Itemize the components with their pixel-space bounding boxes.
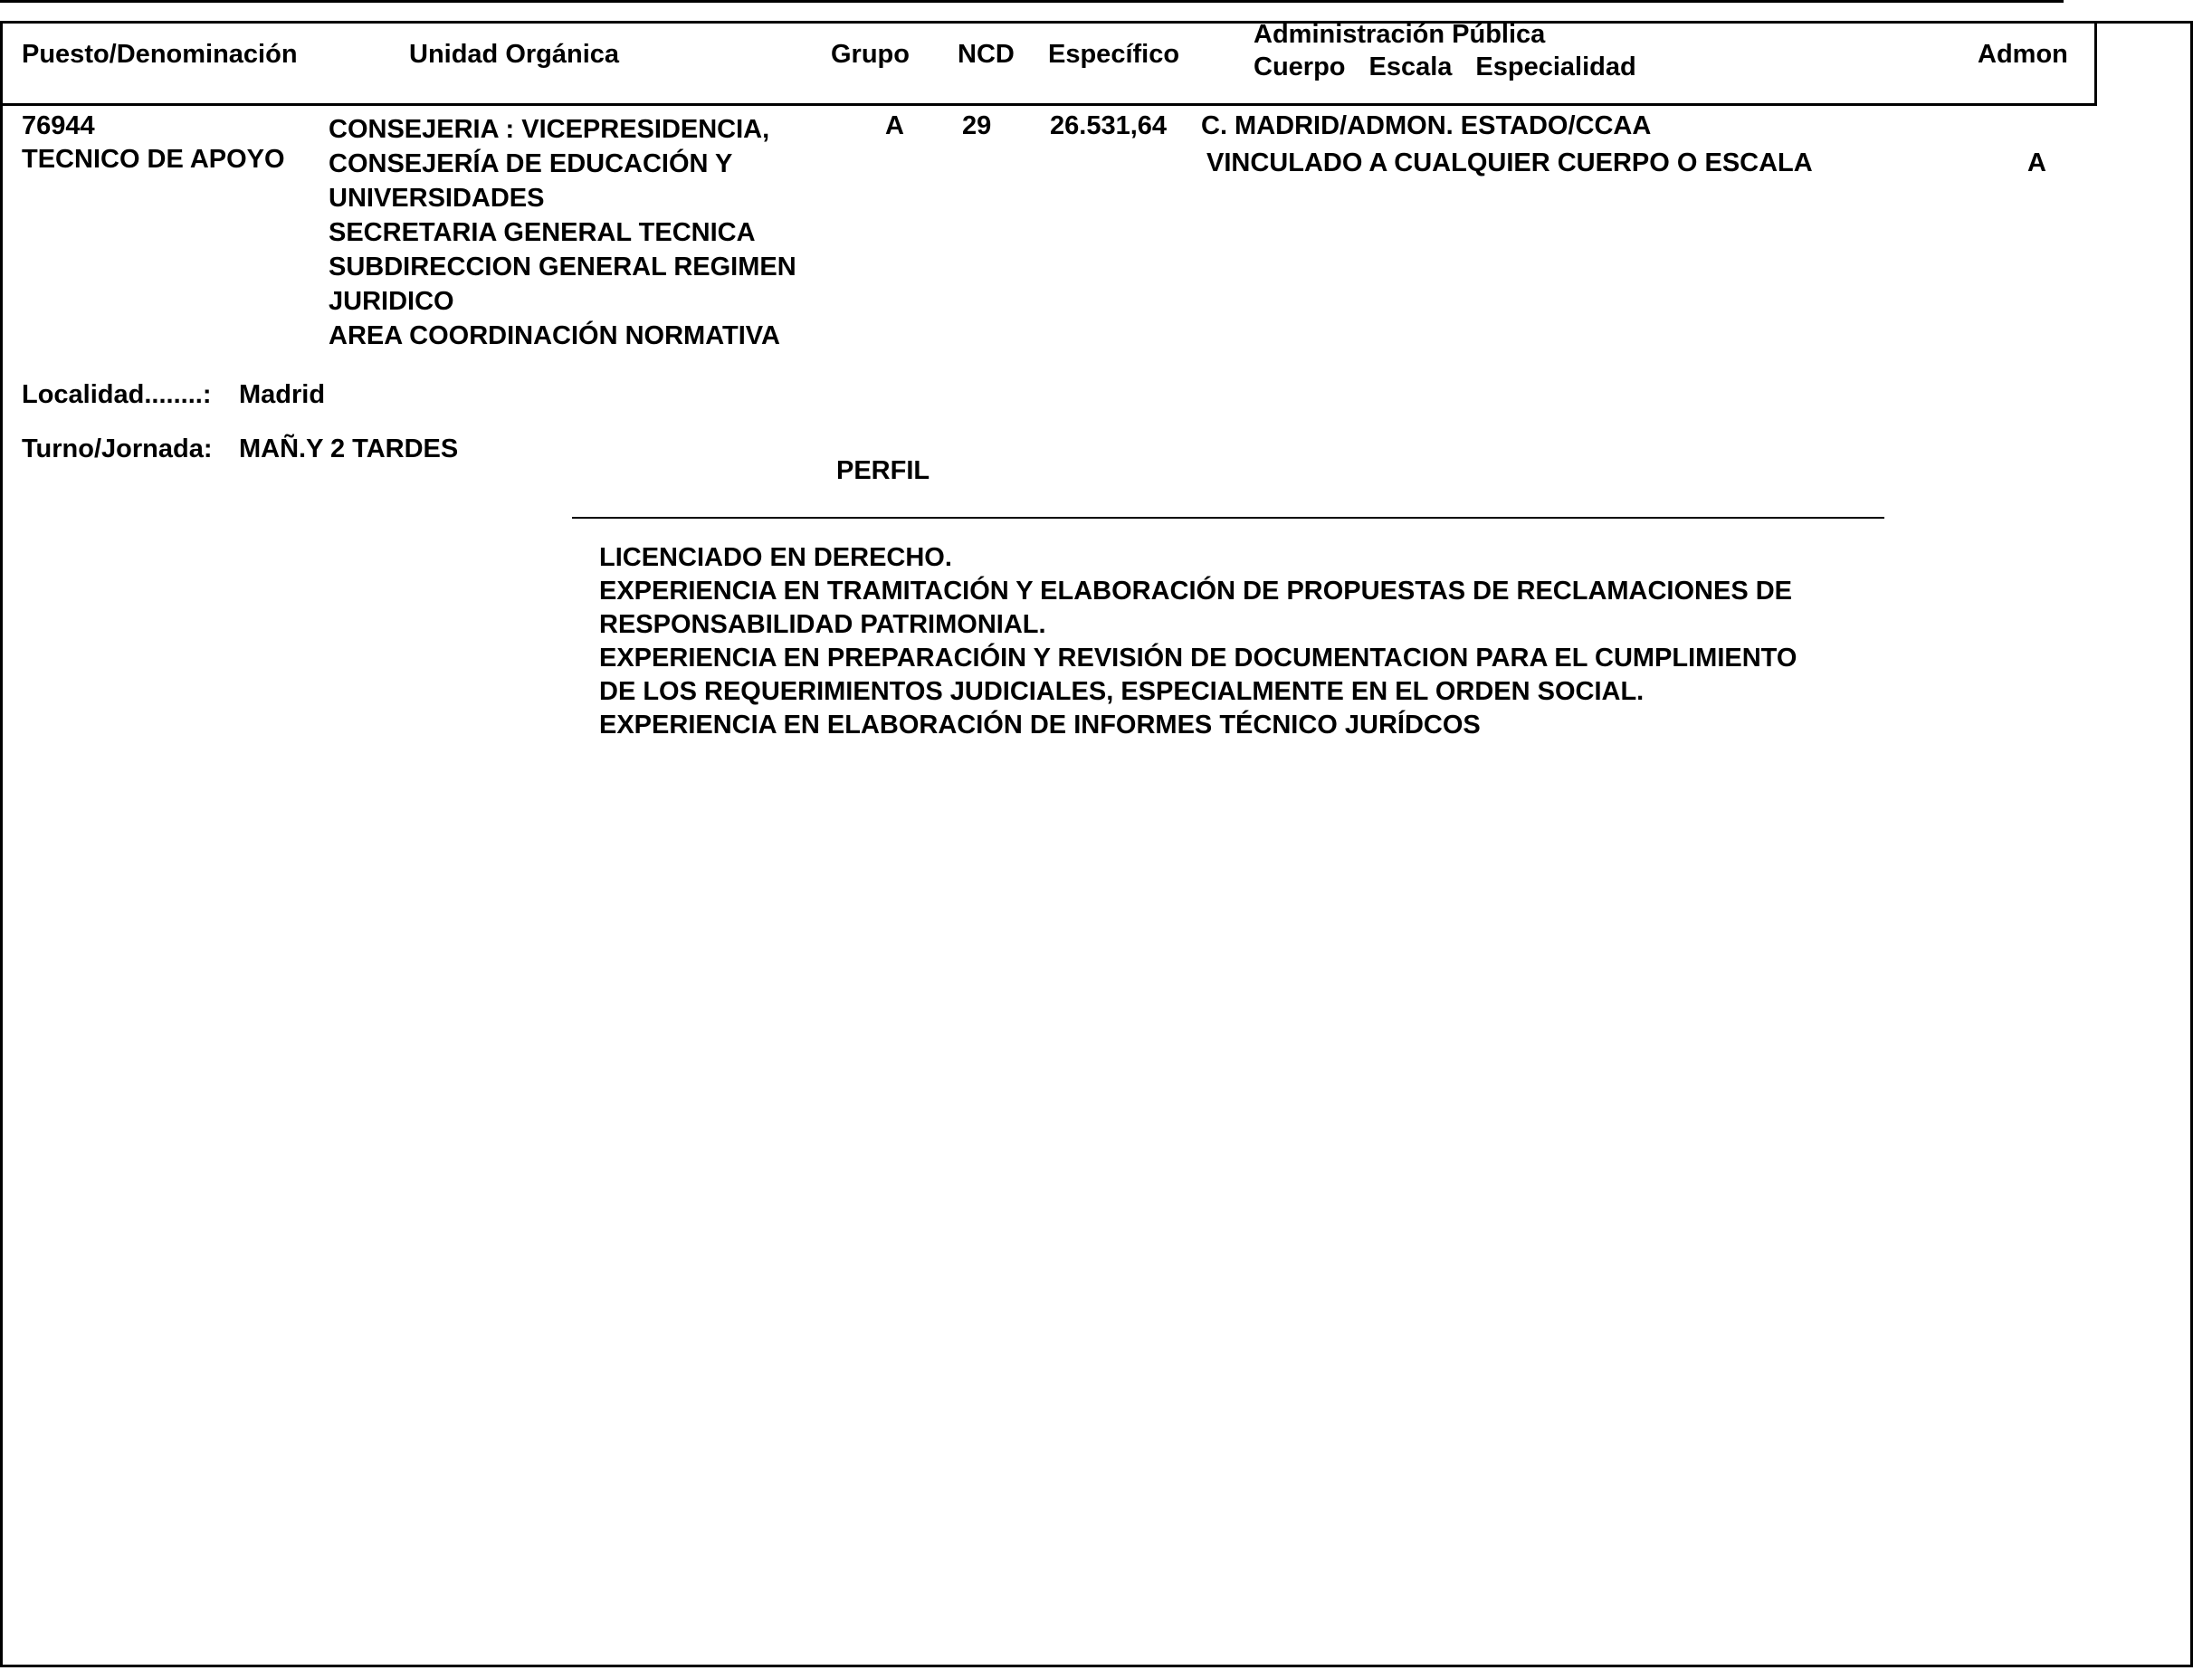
unidad-organica-lines: CONSEJERIA : VICEPRESIDENCIA,CONSEJERÍA …	[329, 112, 796, 353]
unidad-organica-line: JURIDICO	[329, 284, 796, 319]
col-puesto-denominacion: Puesto/Denominación	[22, 39, 298, 70]
localidad-value: Madrid	[239, 379, 325, 410]
perfil-line: RESPONSABILIDAD PATRIMONIAL.	[599, 608, 1797, 642]
unidad-organica-line: CONSEJERIA : VICEPRESIDENCIA,	[329, 112, 796, 147]
perfil-lines: LICENCIADO EN DERECHO.EXPERIENCIA EN TRA…	[599, 541, 1797, 742]
grupo-value: A	[885, 110, 904, 141]
col-especialidad: Especialidad	[1475, 52, 1635, 82]
col-especifico: Específico	[1048, 39, 1179, 70]
ncd-value: 29	[962, 110, 991, 141]
perfil-line: EXPERIENCIA EN PREPARACIÓIN Y REVISIÓN D…	[599, 642, 1797, 675]
col-admon: Admon	[1978, 39, 2068, 70]
vinculacion-value: VINCULADO A CUALQUIER CUERPO O ESCALA	[1206, 148, 1813, 178]
perfil-line: LICENCIADO EN DERECHO.	[599, 541, 1797, 575]
col-ncd: NCD	[958, 39, 1015, 70]
col-cuerpo-escala-especialidad: Cuerpo Escala Especialidad	[1254, 52, 1636, 82]
localidad-label: Localidad........:	[22, 379, 211, 410]
col-administracion-publica: Administración Pública	[1254, 19, 1545, 50]
unidad-organica-line: SECRETARIA GENERAL TECNICA	[329, 215, 796, 250]
col-unidad-organica: Unidad Orgánica	[409, 39, 619, 70]
col-cuerpo: Cuerpo	[1254, 52, 1346, 82]
admon-value: A	[2027, 148, 2046, 178]
perfil-line: DE LOS REQUERIMIENTOS JUDICIALES, ESPECI…	[599, 675, 1797, 709]
document-page: Puesto/Denominación Unidad Orgánica Grup…	[0, 0, 2212, 1680]
col-escala: Escala	[1369, 52, 1453, 82]
perfil-heading: PERFIL	[836, 455, 930, 486]
turno-label: Turno/Jornada:	[22, 434, 213, 464]
top-edge-artifact	[0, 0, 2064, 3]
turno-value: MAÑ.Y 2 TARDES	[239, 434, 458, 464]
perfil-line: EXPERIENCIA EN ELABORACIÓN DE INFORMES T…	[599, 709, 1797, 742]
perfil-divider	[572, 517, 1884, 519]
unidad-organica-line: SUBDIRECCION GENERAL REGIMEN	[329, 250, 796, 284]
administracion-publica-value: C. MADRID/ADMON. ESTADO/CCAA	[1201, 110, 1651, 141]
unidad-organica-line: AREA COORDINACIÓN NORMATIVA	[329, 319, 796, 353]
puesto-codigo: 76944	[22, 110, 95, 141]
puesto-denominacion: TECNICO DE APOYO	[22, 144, 285, 175]
perfil-line: EXPERIENCIA EN TRAMITACIÓN Y ELABORACIÓN…	[599, 575, 1797, 608]
unidad-organica-line: CONSEJERÍA DE EDUCACIÓN Y	[329, 147, 796, 181]
col-grupo: Grupo	[831, 39, 910, 70]
especifico-value: 26.531,64	[1050, 110, 1167, 141]
unidad-organica-line: UNIVERSIDADES	[329, 181, 796, 215]
